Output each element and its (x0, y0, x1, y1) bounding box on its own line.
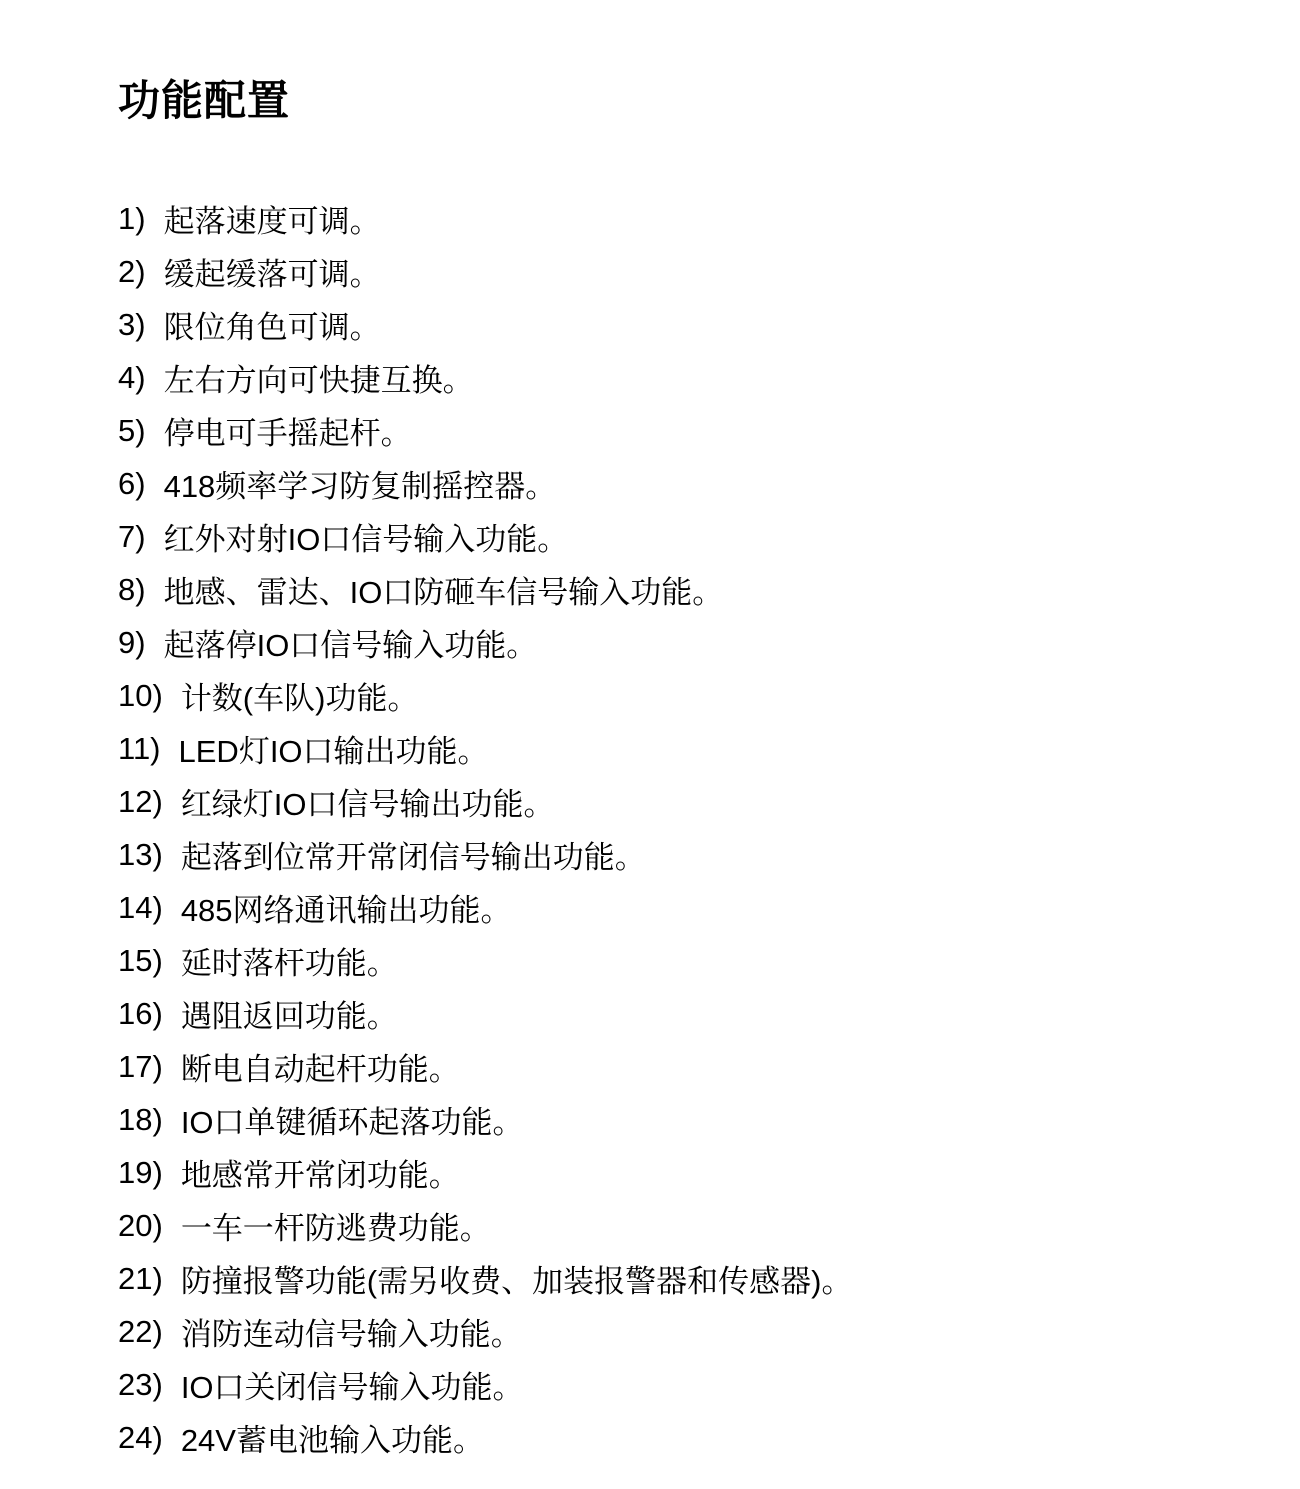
list-item-text: 地感常开常闭功能。 (181, 1150, 460, 1195)
list-item-text: 地感、雷达、IO口防砸车信号输入功能。 (164, 567, 724, 612)
list-item-number: 14) (118, 890, 163, 926)
list-item-number: 7) (118, 519, 146, 555)
list-item-text: 左右方向可快捷互换。 (164, 355, 474, 400)
list-item-text: 延时落杆功能。 (181, 938, 398, 983)
list-item: 22) 消防连动信号输入功能。 (118, 1305, 1260, 1358)
list-item: 9) 起落停IO口信号输入功能。 (118, 616, 1260, 669)
list-item-number: 24) (118, 1420, 163, 1456)
list-item-text: 防撞报警功能(需另收费、加装报警器和传感器)。 (181, 1256, 853, 1301)
list-item: 17) 断电自动起杆功能。 (118, 1040, 1260, 1093)
list-item-number: 9) (118, 625, 146, 661)
list-item: 5) 停电可手摇起杆。 (118, 404, 1260, 457)
list-item-text: 缓起缓落可调。 (164, 249, 381, 294)
list-item-text: 断电自动起杆功能。 (181, 1044, 460, 1089)
list-item: 12) 红绿灯IO口信号输出功能。 (118, 775, 1260, 828)
list-item-text: 485网络通讯输出功能。 (181, 885, 512, 930)
list-item-text: 起落到位常开常闭信号输出功能。 (181, 832, 646, 877)
list-item-number: 13) (118, 837, 163, 873)
list-item: 13) 起落到位常开常闭信号输出功能。 (118, 828, 1260, 881)
list-item-number: 2) (118, 254, 146, 290)
list-item: 21) 防撞报警功能(需另收费、加装报警器和传感器)。 (118, 1252, 1260, 1305)
list-item-number: 10) (118, 678, 163, 714)
list-item-number: 19) (118, 1155, 163, 1191)
list-item-text: 起落速度可调。 (164, 196, 381, 241)
page-title: 功能配置 (118, 0, 1260, 126)
list-item-number: 18) (118, 1102, 163, 1138)
list-item: 15) 延时落杆功能。 (118, 934, 1260, 987)
list-item-number: 22) (118, 1314, 163, 1350)
list-item-text: 红绿灯IO口信号输出功能。 (181, 779, 555, 824)
list-item: 7) 红外对射IO口信号输入功能。 (118, 510, 1260, 563)
list-item-number: 5) (118, 413, 146, 449)
list-item-text: 停电可手摇起杆。 (164, 408, 412, 453)
list-item-number: 8) (118, 572, 146, 608)
list-item-number: 23) (118, 1367, 163, 1403)
list-item-text: 遇阻返回功能。 (181, 991, 398, 1036)
list-item: 18) IO口单键循环起落功能。 (118, 1093, 1260, 1146)
list-item: 4) 左右方向可快捷互换。 (118, 351, 1260, 404)
list-item-number: 16) (118, 996, 163, 1032)
list-item-number: 11) (118, 731, 161, 767)
list-item-number: 15) (118, 943, 163, 979)
document-page: 功能配置 1) 起落速度可调。 2) 缓起缓落可调。 3) 限位角色可调。 4)… (118, 0, 1260, 1464)
list-item-text: 消防连动信号输入功能。 (181, 1309, 522, 1354)
list-item-text: 24V蓄电池输入功能。 (181, 1415, 484, 1460)
list-item-text: 起落停IO口信号输入功能。 (164, 620, 538, 665)
list-item: 16) 遇阻返回功能。 (118, 987, 1260, 1040)
feature-list: 1) 起落速度可调。 2) 缓起缓落可调。 3) 限位角色可调。 4) 左右方向… (118, 192, 1260, 1464)
list-item-text: IO口关闭信号输入功能。 (181, 1362, 524, 1407)
list-item-text: 一车一杆防逃费功能。 (181, 1203, 491, 1248)
list-item-text: 限位角色可调。 (164, 302, 381, 347)
list-item-number: 3) (118, 307, 146, 343)
list-item: 10) 计数(车队)功能。 (118, 669, 1260, 722)
list-item-number: 4) (118, 360, 146, 396)
list-item: 6) 418频率学习防复制摇控器。 (118, 457, 1260, 510)
list-item: 1) 起落速度可调。 (118, 192, 1260, 245)
list-item: 19) 地感常开常闭功能。 (118, 1146, 1260, 1199)
list-item: 14) 485网络通讯输出功能。 (118, 881, 1260, 934)
list-item-number: 6) (118, 466, 146, 502)
list-item-text: LED灯IO口输出功能。 (179, 726, 489, 771)
list-item-number: 1) (118, 201, 146, 237)
list-item-text: 418频率学习防复制摇控器。 (164, 461, 557, 506)
list-item: 23) IO口关闭信号输入功能。 (118, 1358, 1260, 1411)
list-item-number: 21) (118, 1261, 163, 1297)
list-item: 2) 缓起缓落可调。 (118, 245, 1260, 298)
list-item: 11) LED灯IO口输出功能。 (118, 722, 1260, 775)
list-item: 8) 地感、雷达、IO口防砸车信号输入功能。 (118, 563, 1260, 616)
list-item-text: IO口单键循环起落功能。 (181, 1097, 524, 1142)
list-item-number: 17) (118, 1049, 163, 1085)
list-item-number: 12) (118, 784, 163, 820)
list-item-number: 20) (118, 1208, 163, 1244)
list-item-text: 红外对射IO口信号输入功能。 (164, 514, 569, 559)
list-item: 24) 24V蓄电池输入功能。 (118, 1411, 1260, 1464)
list-item: 3) 限位角色可调。 (118, 298, 1260, 351)
list-item-text: 计数(车队)功能。 (181, 673, 419, 718)
list-item: 20) 一车一杆防逃费功能。 (118, 1199, 1260, 1252)
